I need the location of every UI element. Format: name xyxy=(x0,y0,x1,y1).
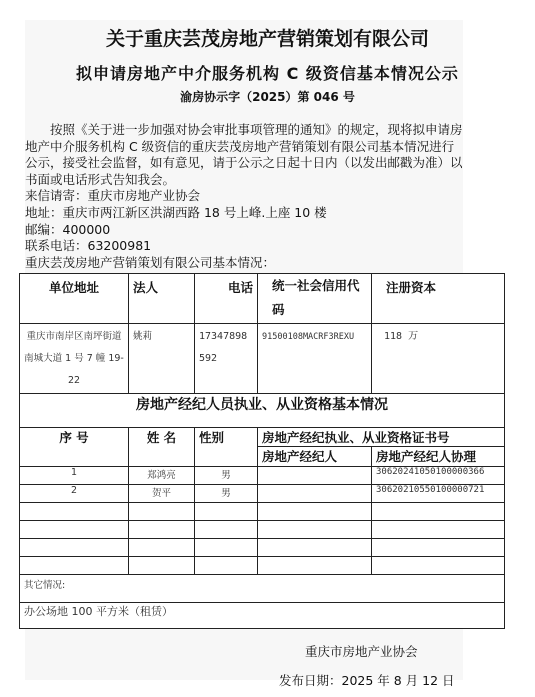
company-address: 重庆市南岸区南坪街道南城大道 1 号 7 幢 19-22 xyxy=(20,324,129,394)
agents-section-title: 房地产经纪人员执业、从业资格基本情况 xyxy=(20,394,505,428)
agent-name: 郑鸿亮 xyxy=(129,467,195,485)
publish-date: 发布日期：2025 年 8 月 12 日 xyxy=(279,671,455,689)
agents-header-row-1: 序 号 姓 名 性别 房地产经纪执业、从业资格证书号 xyxy=(20,428,505,447)
mail-to: 来信请寄：重庆市房地产业协会 xyxy=(25,188,465,205)
info-table: 单位地址 法人 电话 统一社会信用代码 注册资本 重庆市南岸区南坪街道南城大道 … xyxy=(19,273,505,629)
header-cert-assistant: 房地产经纪人协理 xyxy=(372,447,505,467)
agent-cert xyxy=(258,485,372,503)
empty-row xyxy=(20,521,505,539)
document-subtitle: 拟申请房地产中介服务机构 C 级资信基本情况公示 xyxy=(0,61,535,84)
assistant-cert: 30620210550100000721 xyxy=(372,485,505,503)
header-index: 序 号 xyxy=(20,428,129,467)
credit-code: 91500108MACRF3REXU xyxy=(258,324,372,394)
header-cert-agent: 房地产经纪人 xyxy=(258,447,372,467)
agents-section-row: 房地产经纪人员执业、从业资格基本情况 xyxy=(20,394,505,428)
company-data-row: 重庆市南岸区南坪街道南城大道 1 号 7 幢 19-22 姚莉 17347898… xyxy=(20,324,505,394)
company-header-row: 单位地址 法人 电话 统一社会信用代码 注册资本 xyxy=(20,274,505,324)
legal-person: 姚莉 xyxy=(129,324,195,394)
header-legal-person: 法人 xyxy=(129,274,195,324)
empty-row xyxy=(20,557,505,575)
document-title: 关于重庆芸茂房地产营销策划有限公司 xyxy=(0,24,535,51)
registered-capital: 118 万 xyxy=(372,324,505,394)
header-capital: 注册资本 xyxy=(372,274,505,324)
agent-row: 1 郑鸿亮 男 30620241050100000366 xyxy=(20,467,505,485)
agent-cert xyxy=(258,467,372,485)
contact-phone: 联系电话：63200981 xyxy=(25,238,465,255)
office-space: 办公场地 100 平方米（租赁） xyxy=(20,603,505,629)
agent-gender: 男 xyxy=(195,485,258,503)
header-cert-group: 房地产经纪执业、从业资格证书号 xyxy=(258,428,505,447)
header-gender: 性别 xyxy=(195,428,258,467)
header-address: 单位地址 xyxy=(20,274,129,324)
empty-row xyxy=(20,503,505,521)
empty-row xyxy=(20,539,505,557)
intro-section: 按照《关于进一步加强对协会审批事项管理的通知》的规定，现将拟申请房地产中介服务机… xyxy=(25,122,465,271)
agent-name: 贺平 xyxy=(129,485,195,503)
company-info-label: 重庆芸茂房地产营销策划有限公司基本情况： xyxy=(25,255,465,272)
agent-row: 2 贺平 男 30620210550100000721 xyxy=(20,485,505,503)
office-row: 办公场地 100 平方米（租赁） xyxy=(20,603,505,629)
document-number: 渝房协示字（2025）第 046 号 xyxy=(0,88,535,105)
intro-paragraph: 按照《关于进一步加强对协会审批事项管理的通知》的规定，现将拟申请房地产中介服务机… xyxy=(25,122,465,188)
footer-organization: 重庆市房地产业协会 xyxy=(305,642,418,660)
postcode: 邮编：400000 xyxy=(25,222,465,239)
address: 地址：重庆市两江新区洪湖西路 18 号上峰.上座 10 楼 xyxy=(25,205,465,222)
agent-index: 2 xyxy=(20,485,129,503)
company-phone: 17347898592 xyxy=(195,324,258,394)
agent-index: 1 xyxy=(20,467,129,485)
assistant-cert: 30620241050100000366 xyxy=(372,467,505,485)
agent-gender: 男 xyxy=(195,467,258,485)
header-name: 姓 名 xyxy=(129,428,195,467)
other-info-row: 其它情况: xyxy=(20,575,505,603)
header-phone: 电话 xyxy=(195,274,258,324)
other-info-label: 其它情况: xyxy=(20,575,505,603)
header-credit-code: 统一社会信用代码 xyxy=(258,274,372,324)
